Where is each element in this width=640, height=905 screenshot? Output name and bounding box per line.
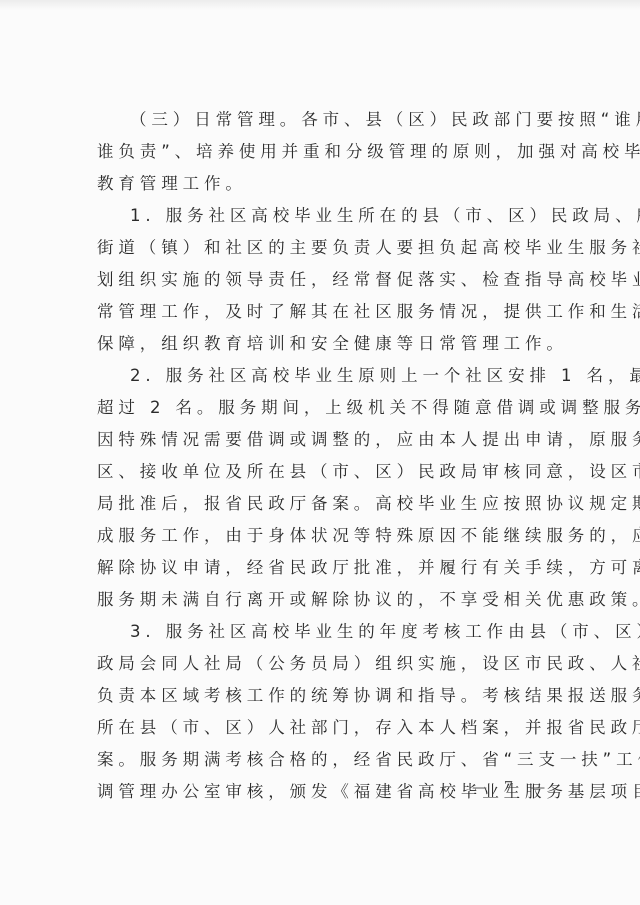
text-line: 因特殊情况需要借调或调整的，应由本人提出申请，原服务社: [97, 424, 552, 456]
text-line: 负责本区域考核工作的统筹协调和指导。考核结果报送服务社区: [97, 680, 552, 712]
document-body: （三）日常管理。各市、县（区）民政部门要按照“谁用人、 谁负责”、培养使用并重和…: [97, 104, 552, 808]
text-line: （三）日常管理。各市、县（区）民政部门要按照“谁用人、: [97, 104, 552, 136]
text-line: 案。服务期满考核合格的，经省民政厅、省“三支一扶”工作协: [97, 744, 552, 776]
text-line: 划组织实施的领导责任，经常督促落实、检查指导高校毕业生日: [97, 264, 552, 296]
text-line: 服务期未满自行离开或解除协议的，不享受相关优惠政策。: [97, 584, 552, 616]
text-line: 教育管理工作。: [97, 168, 552, 200]
scan-edge-shadow: [0, 0, 640, 10]
text-line: 常管理工作，及时了解其在社区服务情况，提供工作和生活条件: [97, 296, 552, 328]
text-line: 所在县（市、区）人社部门，存入本人档案，并报省民政厅备: [97, 712, 552, 744]
text-line: 谁负责”、培养使用并重和分级管理的原则，加强对高校毕业的: [97, 136, 552, 168]
text-line: 成服务工作，由于身体状况等特殊原因不能继续服务的，应提出: [97, 520, 552, 552]
text-line: 1. 服务社区高校毕业生所在的县（市、区）民政局、所在: [97, 200, 552, 232]
text-line: 街道（镇）和社区的主要负责人要担负起高校毕业生服务社区计: [97, 232, 552, 264]
text-line: 解除协议申请，经省民政厅批准，并履行有关手续，方可离开。: [97, 552, 552, 584]
text-line: 2. 服务社区高校毕业生原则上一个社区安排 1 名，最多不: [97, 360, 552, 392]
text-line: 3. 服务社区高校毕业生的年度考核工作由县（市、区）民: [97, 616, 552, 648]
page-number: — 7 —: [472, 778, 551, 796]
text-line: 保障，组织教育培训和安全健康等日常管理工作。: [97, 328, 552, 360]
text-line: 超过 2 名。服务期间，上级机关不得随意借调或调整服务岗位，: [97, 392, 552, 424]
text-line: 政局会同人社局（公务员局）组织实施，设区市民政、人社部门: [97, 648, 552, 680]
text-line: 区、接收单位及所在县（市、区）民政局审核同意，设区市民政: [97, 456, 552, 488]
text-line: 局批准后，报省民政厅备案。高校毕业生应按照协议规定期限完: [97, 488, 552, 520]
